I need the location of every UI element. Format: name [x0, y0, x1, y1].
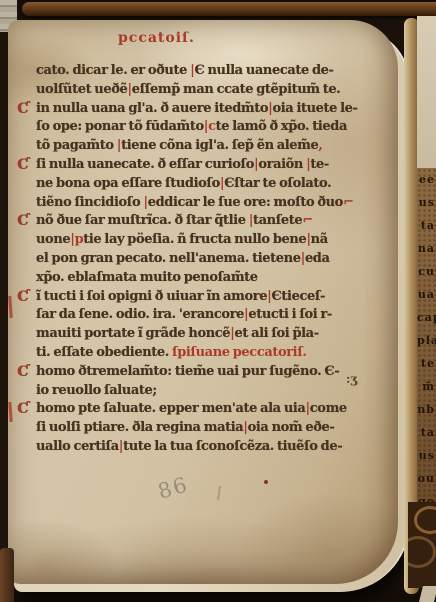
text-segment: oia nom̃ eðe-: [248, 420, 335, 435]
pilcrow-mark: Ƈ: [17, 400, 28, 419]
edge-glyph-fragment: ta: [417, 421, 435, 444]
manuscript-line: ſo ope: ponar tõ fūdam̃to|cte lamõ ð xp̃…: [36, 118, 392, 137]
text-segment: ,: [318, 138, 322, 153]
pencil-stroke: [217, 486, 221, 500]
manuscript-page: pccatoiſ. cato. dicar le. er oðute |Є nu…: [8, 20, 398, 584]
text-segment: tõ pagam̃to: [36, 138, 117, 153]
margin-red-tick: [8, 296, 13, 318]
edge-glyph-fragment: ua: [417, 283, 435, 306]
text-segment: |p: [70, 232, 83, 247]
text-segment: eda: [305, 251, 330, 266]
manuscript-line: el pon gran pecato. nell'anema. tietene|…: [36, 250, 392, 269]
manuscript-line: Ƈin nulla uana gl'a. ð auere itedm̃to|oi…: [36, 100, 392, 119]
edge-glyph-fragment: pla: [417, 329, 435, 352]
text-segment: nõ ðue ſar muſtrĩca. ð ſtar q̃tlie: [36, 213, 249, 228]
text-segment: etucti i ſoi r-: [248, 307, 332, 322]
edge-glyph-fragment: cap: [417, 306, 435, 329]
pencil-folio-number: 86: [155, 472, 191, 504]
leather-swirl: [414, 506, 436, 534]
manuscript-line: uolſũtet ueðẽ|eſſemp̃ man ccate gtẽpitum…: [36, 81, 392, 100]
binding-leather-corner: [408, 502, 436, 588]
edge-glyph-fragment: te: [417, 352, 435, 375]
edge-glyph-fragment: us: [417, 191, 435, 214]
text-segment: tie lay pöeſia. ñ fructa nullo bene: [83, 232, 306, 247]
manuscript-line: Ƈſi nulla uanecate. ð eſſar curioſo|orai…: [36, 156, 392, 175]
edge-glyph-fragment: ou: [417, 467, 435, 490]
manuscript-line: Ƈhomo ðtremelam̃to: tiem̃e uai pur ſugẽn…: [36, 363, 392, 382]
text-segment: tute la tua ſconoſcẽza. tiuẽſo de-: [123, 439, 342, 454]
text-segment: io reuollo ſaluate;: [36, 383, 157, 398]
leather-swirl: [408, 536, 436, 568]
text-segment: et ali ſoi p̃la-: [235, 326, 319, 341]
corner-light-patch: [419, 586, 436, 602]
text-segment: te-: [310, 157, 328, 172]
manuscript-line: ti. eſſate obediente. ſpiſuane peccatori…: [36, 344, 392, 363]
margin-red-tick: [8, 402, 12, 422]
text-segment: ſo ope: ponar tõ fūdam̃to: [36, 119, 204, 134]
margin-mark: :ʒ: [346, 372, 357, 386]
manuscript-line: ſi uolſi ptiare. ðla regina matia|oia no…: [36, 419, 392, 438]
manuscript-line: mauiti portate ĩ grãde honcẽ|et ali ſoi …: [36, 325, 392, 344]
edge-glyph-fragment: us: [417, 444, 435, 467]
text-segment: nã: [311, 232, 328, 247]
edge-glyph-fragment: m̃: [417, 375, 435, 398]
pilcrow-mark: Ƈ: [17, 212, 28, 231]
text-segment: Є nulla uanecate de-: [194, 63, 333, 78]
text-segment: homo ðtremelam̃to: tiem̃e uai pur ſugẽno…: [36, 364, 339, 379]
text-segment: mauiti portate ĩ grãde honcẽ: [36, 326, 230, 341]
text-segment: ſi uolſi ptiare. ðla regina matia: [36, 420, 243, 435]
text-segment: homo pte ſaluate. epper men'ate ala uia: [36, 401, 305, 416]
edge-glyph-fragment: ta: [417, 214, 435, 237]
manuscript-line: Ƈnõ ðue ſar muſtrĩca. ð ſtar q̃tlie |tan…: [36, 212, 392, 231]
text-segment: oraiõn: [258, 157, 306, 172]
text-segment: uallo certiſa: [36, 439, 119, 454]
text-segment: uone: [36, 232, 70, 247]
pilcrow-mark: Ƈ: [17, 363, 28, 382]
text-segment: in nulla uana gl'a. ð auere itedm̃to: [36, 101, 268, 116]
rubric-heading: pccatoiſ.: [118, 30, 195, 46]
edge-glyph-fragment: ee: [417, 168, 435, 191]
manuscript-line: tiẽno ſincidioſo |eddicar le ſue ore: mo…: [36, 194, 392, 213]
text-segment: el pon gran pecato. nell'anema. tietene: [36, 251, 301, 266]
text-segment: come: [310, 401, 347, 416]
ink-speck: [264, 480, 268, 484]
manuscript-line: io reuollo ſaluate;: [36, 382, 392, 401]
text-segment: ⌐: [343, 195, 354, 210]
text-segment: tiẽno ſincidioſo: [36, 195, 143, 210]
text-segment: ne bona opa eſſare ſtudioſo: [36, 176, 220, 191]
manuscript-line: ne bona opa eſſare ſtudioſo|Єſtar te oſo…: [36, 175, 392, 194]
edge-glyph-fragment: cu: [417, 260, 435, 283]
text-segment: eſſemp̃ man ccate gtẽpitum̃ te.: [132, 82, 341, 97]
text-segment: tiene cõna igl'a. ſep̃ ẽn alem̃e: [121, 138, 318, 153]
manuscript-line: uone|ptie lay pöeſia. ñ fructa nullo ben…: [36, 231, 392, 250]
edge-glyph-fragment: nb: [417, 398, 435, 421]
manuscript-line: uallo certiſa|tute la tua ſconoſcẽza. ti…: [36, 438, 392, 457]
manuscript-line: Ƈĩ tucti i ſoi opigni ð uiuar ĩn amore|Є…: [36, 288, 392, 307]
text-segment: tanſete: [253, 213, 302, 228]
text-segment: cato. dicar le. er oðute: [36, 63, 190, 78]
text-segment: |c: [204, 119, 216, 134]
manuscript-photo: eeustanacuuacapplatem̃nbtausougo pccatoi…: [0, 0, 436, 602]
pilcrow-mark: Ƈ: [17, 156, 28, 175]
manuscript-line: xp̃o. eblaſmata muito penoſam̃te: [36, 269, 392, 288]
manuscript-text-block: cato. dicar le. er oðute |Є nulla uaneca…: [36, 62, 392, 457]
pilcrow-mark: Ƈ: [17, 100, 28, 119]
binding-rod-top: [22, 2, 436, 16]
text-segment: ĩ tucti i ſoi opigni ð uiuar ĩn amore: [36, 289, 267, 304]
pilcrow-mark: Ƈ: [17, 288, 28, 307]
text-segment: ⌐: [302, 213, 313, 228]
edge-glyph-fragment: na: [417, 237, 435, 260]
text-segment: ti. eſſate obediente.: [36, 345, 172, 360]
text-segment: Єſtar te oſolato.: [224, 176, 331, 191]
manuscript-line: cato. dicar le. er oðute |Є nulla uaneca…: [36, 62, 392, 81]
text-segment: ſi nulla uanecate. ð eſſar curioſo: [36, 157, 254, 172]
page-edge-strip: [417, 16, 436, 168]
text-segment: Єtieceſ-: [271, 289, 325, 304]
text-segment: eddicar le ſue ore: moſto ðuo: [148, 195, 343, 210]
text-segment: te lamõ ð xp̃o. tieda: [216, 119, 347, 134]
manuscript-line: tõ pagam̃to |tiene cõna igl'a. ſep̃ ẽn a…: [36, 137, 392, 156]
binding-clasp: [0, 548, 14, 602]
manuscript-line: Ƈhomo pte ſaluate. epper men'ate ala uia…: [36, 400, 392, 419]
manuscript-line: ſar da ſene. odio. ira. 'erancore|etucti…: [36, 306, 392, 325]
facing-page-text-fragment: eeustanacuuacapplatem̃nbtausougo: [417, 168, 436, 504]
text-segment: ſar da ſene. odio. ira. 'erancore: [36, 307, 244, 322]
text-segment: xp̃o. eblaſmata muito penoſam̃te: [36, 270, 258, 285]
text-segment: uolſũtet ueðẽ: [36, 82, 127, 97]
text-segment: ſpiſuane peccatoriſ.: [172, 345, 307, 360]
text-segment: oia ituete le-: [272, 101, 357, 116]
